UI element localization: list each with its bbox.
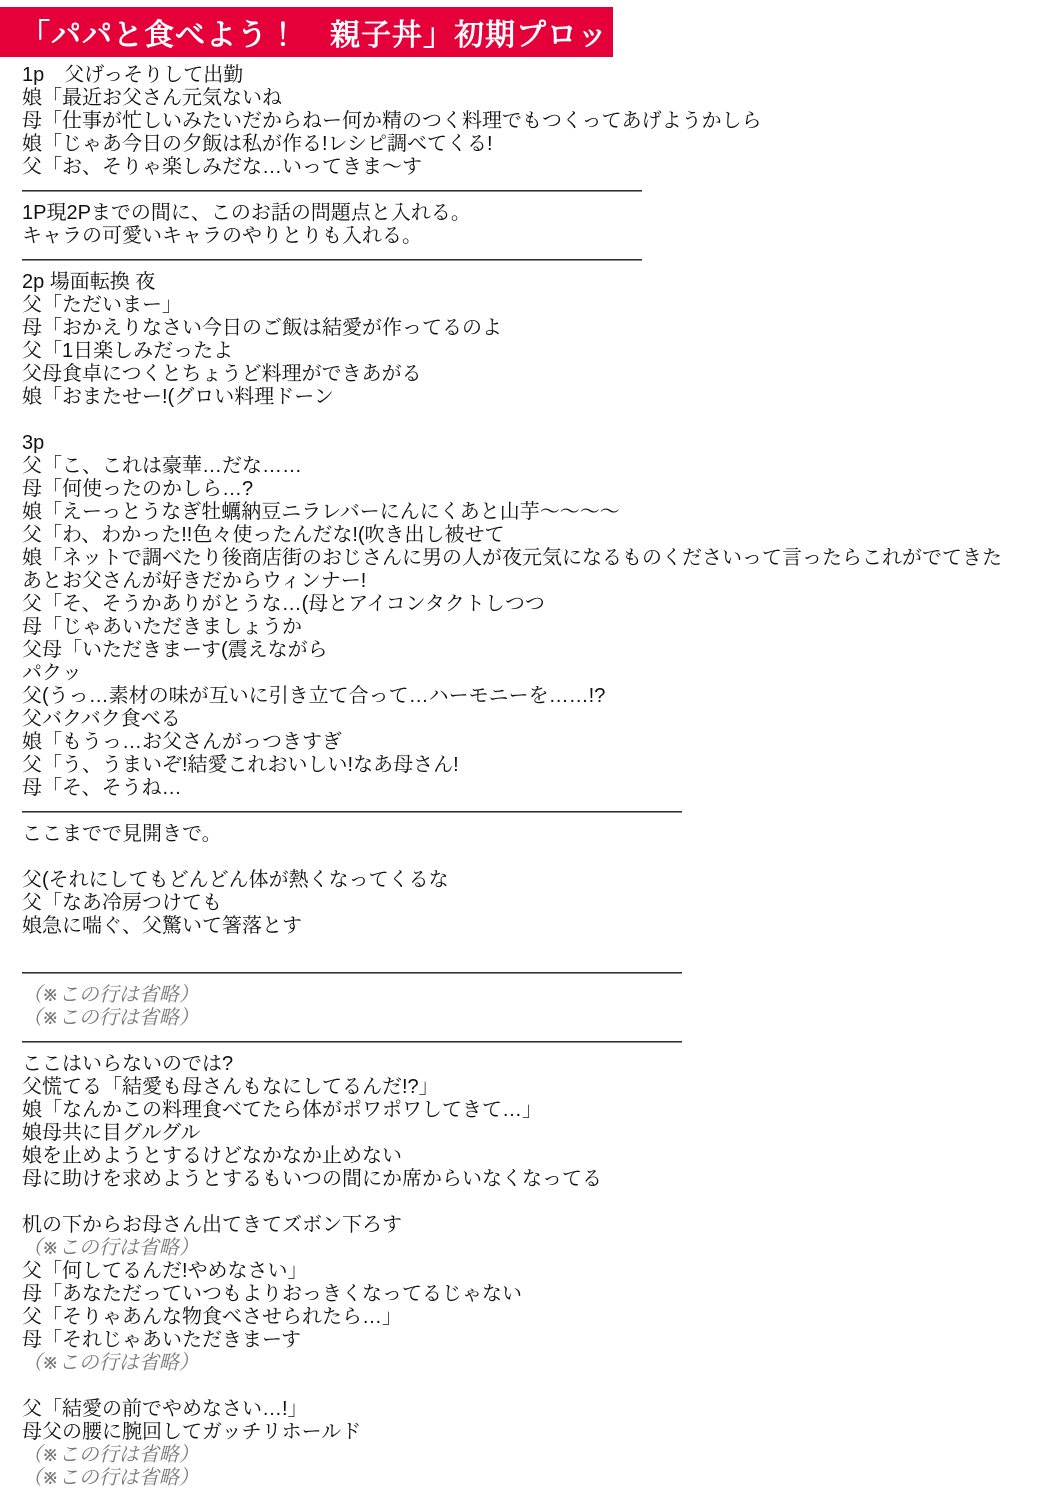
script-line: 父「何してるんだ!やめなさい」 [22, 1260, 1050, 1283]
script-line: 1p 父げっそりして出勤 [22, 64, 1050, 87]
script-line: 娘急に喘ぐ、父驚いて箸落とす [22, 915, 1050, 938]
script-line: あとお父さんが好きだからウィンナー! [22, 570, 1050, 593]
script-line: 母父の腰に腕回してガッチリホールド [22, 1421, 1050, 1444]
script-line: 1P現2Pまでの間に、このお話の問題点と入れる。 [22, 202, 1050, 225]
script-line [22, 938, 1050, 961]
script-line: 3p [22, 432, 1050, 455]
script-line: 父「わ、わかった!!色々使ったんだな!(吹き出し被せて [22, 524, 1050, 547]
script-line: 母「おかえりなさい今日のご飯は結愛が作ってるのよ [22, 317, 1050, 340]
script-line: パクッ [22, 662, 1050, 685]
script-line: 父(うっ…素材の味が互いに引き立て合って…ハーモニーを……!? [22, 685, 1050, 708]
script-line: 娘を止めようとするけどなかなか止めない [22, 1145, 1050, 1168]
script-line: 母「じゃあいただきましょうか [22, 616, 1050, 639]
script-line: 娘「じゃあ今日の夕飯は私が作る!レシピ調べてくる! [22, 133, 1050, 156]
script-line: ここまでで見開きで。 [22, 823, 1050, 846]
script-line: 娘「ネットで調べたり後商店街のおじさんに男の人が夜元気になるものくださいって言っ… [22, 547, 1050, 570]
script-line: 父「ただいまー」 [22, 294, 1050, 317]
document-title: 「パパと食べよう！ 親子丼」初期プロット [20, 10, 639, 54]
script-line [22, 409, 1050, 432]
script-line [22, 846, 1050, 869]
title-banner: 「パパと食べよう！ 親子丼」初期プロット [0, 7, 613, 57]
script-line: 母に助けを求めようとするもいつの間にか席からいなくなってる [22, 1168, 1050, 1191]
script-line: 娘「えーっとうなぎ牡蠣納豆ニラレバーにんにくあと山芋～～～～ [22, 501, 1050, 524]
script-line: 母「あなただっていつもよりおっきくなってるじゃない [22, 1283, 1050, 1306]
script-line: 父「そ、そうかありがとうな…(母とアイコンタクトしつつ [22, 593, 1050, 616]
script-line: 2p 場面転換 夜 [22, 271, 1050, 294]
script-line: ここはいらないのでは? [22, 1053, 1050, 1076]
script-line: 母「それじゃあいただきまーす [22, 1329, 1050, 1352]
script-line: 父母「いただきまーす(震えながら [22, 639, 1050, 662]
script-line: ――――――――――――――――――――――――――――――――― [22, 1030, 1050, 1053]
script-line: ――――――――――――――――――――――――――――――― [22, 179, 1050, 202]
script-line: 娘「おまたせー!(グロい料理ドーン [22, 386, 1050, 409]
script-line [22, 1375, 1050, 1398]
script-line: 父「う、うまいぞ!結愛これおいしい!なあ母さん! [22, 754, 1050, 777]
script-line: ――――――――――――――――――――――――――――――――― [22, 961, 1050, 984]
script-line: 父母食卓につくとちょうど料理ができあがる [22, 363, 1050, 386]
script-line: 母「そ、そうね… [22, 777, 1050, 800]
script-line: 父「そりゃあんな物食べさせられたら…」 [22, 1306, 1050, 1329]
script-line: （※この行は省略） [22, 1352, 1050, 1375]
script-line: 娘母共に目グルグル [22, 1122, 1050, 1145]
script-line: 父バクバク食べる [22, 708, 1050, 731]
script-line [22, 1191, 1050, 1214]
script-line: 父(それにしてもどんどん体が熱くなってくるな [22, 869, 1050, 892]
script-line: 机の下からお母さん出てきてズボン下ろす [22, 1214, 1050, 1237]
script-line: 娘「もうっ…お父さんがっつきすぎ [22, 731, 1050, 754]
script-line: ――――――――――――――――――――――――――――――――― [22, 800, 1050, 823]
script-line: 母「仕事が忙しいみたいだからねー何か精のつく料理でもつくってあげようかしら [22, 110, 1050, 133]
script-line: 父「1日楽しみだったよ [22, 340, 1050, 363]
script-line: キャラの可愛いキャラのやりとりも入れる。 [22, 225, 1050, 248]
script-line: 父慌てる「結愛も母さんもなにしてるんだ!?」 [22, 1076, 1050, 1099]
script-line-list: 1p 父げっそりして出勤娘「最近お父さん元気ないね母「仕事が忙しいみたいだからね… [22, 64, 1050, 1490]
script-line: 父「こ、これは豪華…だな…… [22, 455, 1050, 478]
script-line: 母「何使ったのかしら…? [22, 478, 1050, 501]
script-line: ――――――――――――――――――――――――――――――― [22, 248, 1050, 271]
script-line: （※この行は省略） [22, 1007, 1050, 1030]
script-line: 父「結愛の前でやめなさい…!」 [22, 1398, 1050, 1421]
script-line: 父「なあ冷房つけても [22, 892, 1050, 915]
script-line: （※この行は省略） [22, 1237, 1050, 1260]
script-line: 娘「なんかこの料理食べてたら体がポワポワしてきて…」 [22, 1099, 1050, 1122]
script-line: （※この行は省略） [22, 1467, 1050, 1490]
plot-document-page: 「パパと食べよう！ 親子丼」初期プロット 1p 父げっそりして出勤娘「最近お父さ… [0, 0, 1058, 1500]
script-line: （※この行は省略） [22, 984, 1050, 1007]
script-line: （※この行は省略） [22, 1444, 1050, 1467]
script-line: 父「お、そりゃ楽しみだな…いってきま～す [22, 156, 1050, 179]
script-line: 娘「最近お父さん元気ないね [22, 87, 1050, 110]
